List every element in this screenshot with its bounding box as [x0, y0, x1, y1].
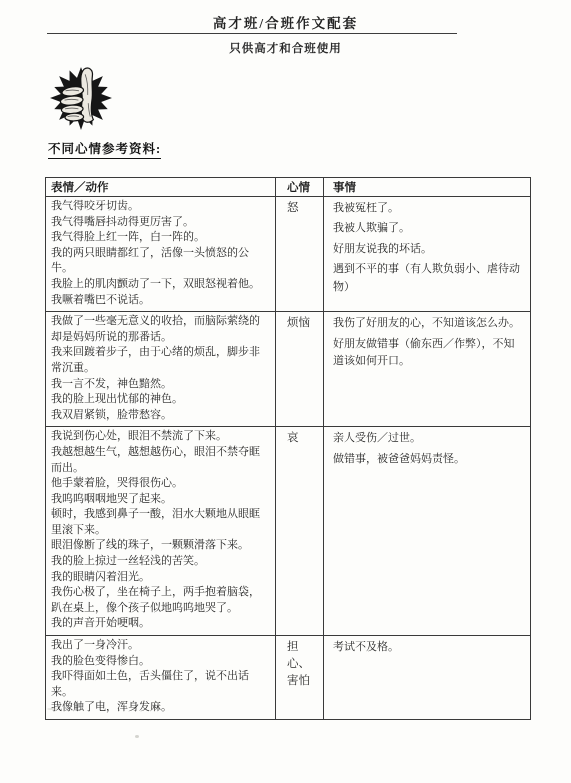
- section-title: 不同心情参考资料:: [48, 139, 161, 159]
- expression-sentence: 我像触了电，浑身发麻。: [51, 700, 270, 716]
- expression-sentence: 我气得脸上红一阵，白一阵的。: [51, 230, 270, 246]
- mood-label: 烦恼: [287, 315, 321, 332]
- event-sentence: 做错事，被爸爸妈妈责怪。: [333, 451, 524, 468]
- expression-sentence: 我气得咬牙切齿。: [51, 199, 270, 215]
- table-row: 我出了一身冷汗。我的脸色变得惨白。我吓得面如土色，舌头僵住了，说不出话来。我像触…: [46, 636, 531, 720]
- document-subtitle: 只供高才和合班使用: [0, 40, 571, 56]
- expression-sentence: 我的两只眼睛都红了，活像一头愤怒的公牛。: [51, 246, 270, 277]
- event-sentence: 好朋友做错事（偷东西／作弊），不知道该如何开口。: [333, 336, 524, 371]
- event-cell: 我被冤枉了。我被人欺骗了。好朋友说我的坏话。遇到不平的事（有人欺负弱小、虐待动物…: [324, 197, 531, 312]
- expression-sentence: 我的脸色变得惨白。: [51, 654, 270, 670]
- expression-sentence: 我的声音开始哽咽。: [51, 616, 270, 632]
- mood-label: 害怕: [287, 673, 321, 690]
- header-divider-line: [47, 33, 457, 34]
- expression-sentence: 眼泪像断了线的珠子，一颗颗滑落下来。: [51, 538, 270, 554]
- expression-sentence: 我的眼睛闪着泪光。: [51, 570, 270, 586]
- document-title: 高才班/合班作文配套: [0, 12, 571, 32]
- table-row: 我做了一些毫无意义的收拾，而脑际萦绕的却是妈妈所说的那番话。我来回踱着步子，由于…: [46, 312, 531, 427]
- event-sentence: 亲人受伤／过世。: [333, 430, 524, 447]
- event-sentence: 好朋友说我的坏话。: [333, 241, 524, 258]
- mood-label: 担心、: [287, 639, 321, 673]
- expression-sentence: 我吓得面如土色，舌头僵住了，说不出话来。: [51, 669, 270, 700]
- mood-cell: 哀: [276, 427, 324, 636]
- expression-cell: 我气得咬牙切齿。我气得嘴唇抖动得更厉害了。我气得脸上红一阵，白一阵的。我的两只眼…: [46, 197, 276, 312]
- scan-speck: [47, 708, 57, 710]
- table-body: 我气得咬牙切齿。我气得嘴唇抖动得更厉害了。我气得脸上红一阵，白一阵的。我的两只眼…: [46, 197, 531, 720]
- expression-sentence: 我呜呜咽咽地哭了起来。: [51, 492, 270, 508]
- column-header-mood: 心情: [276, 178, 324, 197]
- expression-sentence: 我的脸上掠过一丝轻浅的苦笑。: [51, 554, 270, 570]
- expression-sentence: 我来回踱着步子，由于心绪的烦乱，脚步非常沉重。: [51, 345, 270, 376]
- table-row: 我说到伤心处，眼泪不禁流了下来。我越想越生气，越想越伤心，眼泪不禁夺眶而出。他手…: [46, 427, 531, 636]
- emotion-reference-table: 表情／动作 心情 事情 我气得咬牙切齿。我气得嘴唇抖动得更厉害了。我气得脸上红一…: [45, 177, 531, 720]
- expression-sentence: 他手蒙着脸，哭得很伤心。: [51, 476, 270, 492]
- expression-sentence: 我的脸上现出忧郁的神色。: [51, 392, 270, 408]
- mood-cell: 担心、害怕: [276, 636, 324, 720]
- event-sentence: 我伤了好朋友的心，不知道该怎么办。: [333, 315, 524, 332]
- table-row: 我气得咬牙切齿。我气得嘴唇抖动得更厉害了。我气得脸上红一阵，白一阵的。我的两只眼…: [46, 197, 531, 312]
- expression-cell: 我说到伤心处，眼泪不禁流了下来。我越想越生气，越想越伤心，眼泪不禁夺眶而出。他手…: [46, 427, 276, 636]
- expression-cell: 我出了一身冷汗。我的脸色变得惨白。我吓得面如土色，舌头僵住了，说不出话来。我像触…: [46, 636, 276, 720]
- expression-sentence: 我脸上的肌肉颤动了一下，双眼怒视着他。: [51, 277, 270, 293]
- scan-speck: [135, 735, 139, 738]
- column-header-event: 事情: [324, 178, 531, 197]
- expression-sentence: 我伤心极了，坐在椅子上，两手抱着脑袋，趴在桌上，像个孩子似地呜呜地哭了。: [51, 585, 270, 616]
- mood-cell: 烦恼: [276, 312, 324, 427]
- expression-sentence: 我做了一些毫无意义的收拾，而脑际萦绕的却是妈妈所说的那番话。: [51, 314, 270, 345]
- expression-sentence: 我说到伤心处，眼泪不禁流了下来。: [51, 429, 270, 445]
- event-cell: 我伤了好朋友的心，不知道该怎么办。好朋友做错事（偷东西／作弊），不知道该如何开口…: [324, 312, 531, 427]
- expression-cell: 我做了一些毫无意义的收拾，而脑际萦绕的却是妈妈所说的那番话。我来回踱着步子，由于…: [46, 312, 276, 427]
- expression-sentence: 我双眉紧锁，脸带愁容。: [51, 408, 270, 424]
- expression-sentence: 我出了一身冷汗。: [51, 638, 270, 654]
- mood-label: 怒: [287, 200, 321, 217]
- event-sentence: 我被人欺骗了。: [333, 220, 524, 237]
- thumb-shape: [81, 68, 94, 122]
- mood-label: 哀: [287, 430, 321, 447]
- expression-sentence: 我噘着嘴巴不说话。: [51, 293, 270, 309]
- expression-sentence: 顿时，我感到鼻子一酸，泪水大颗地从眼眶里滚下来。: [51, 507, 270, 538]
- expression-sentence: 我一言不发，神色黯然。: [51, 377, 270, 393]
- mood-cell: 怒: [276, 197, 324, 312]
- event-sentence: 遇到不平的事（有人欺负弱小、虐待动物）: [333, 261, 524, 296]
- scanned-worksheet-page: 高才班/合班作文配套 只供高才和合班使用 不同心情参考资料:: [0, 0, 571, 783]
- event-cell: 考试不及格。: [324, 636, 531, 720]
- event-sentence: 我被冤枉了。: [333, 200, 524, 217]
- thumbs-up-stamp-icon: [48, 64, 114, 130]
- expression-sentence: 我越想越生气，越想越伤心，眼泪不禁夺眶而出。: [51, 445, 270, 476]
- table-header-row: 表情／动作 心情 事情: [46, 178, 531, 197]
- column-header-expression: 表情／动作: [46, 178, 276, 197]
- expression-sentence: 我气得嘴唇抖动得更厉害了。: [51, 215, 270, 231]
- event-cell: 亲人受伤／过世。做错事，被爸爸妈妈责怪。: [324, 427, 531, 636]
- event-sentence: 考试不及格。: [333, 639, 524, 656]
